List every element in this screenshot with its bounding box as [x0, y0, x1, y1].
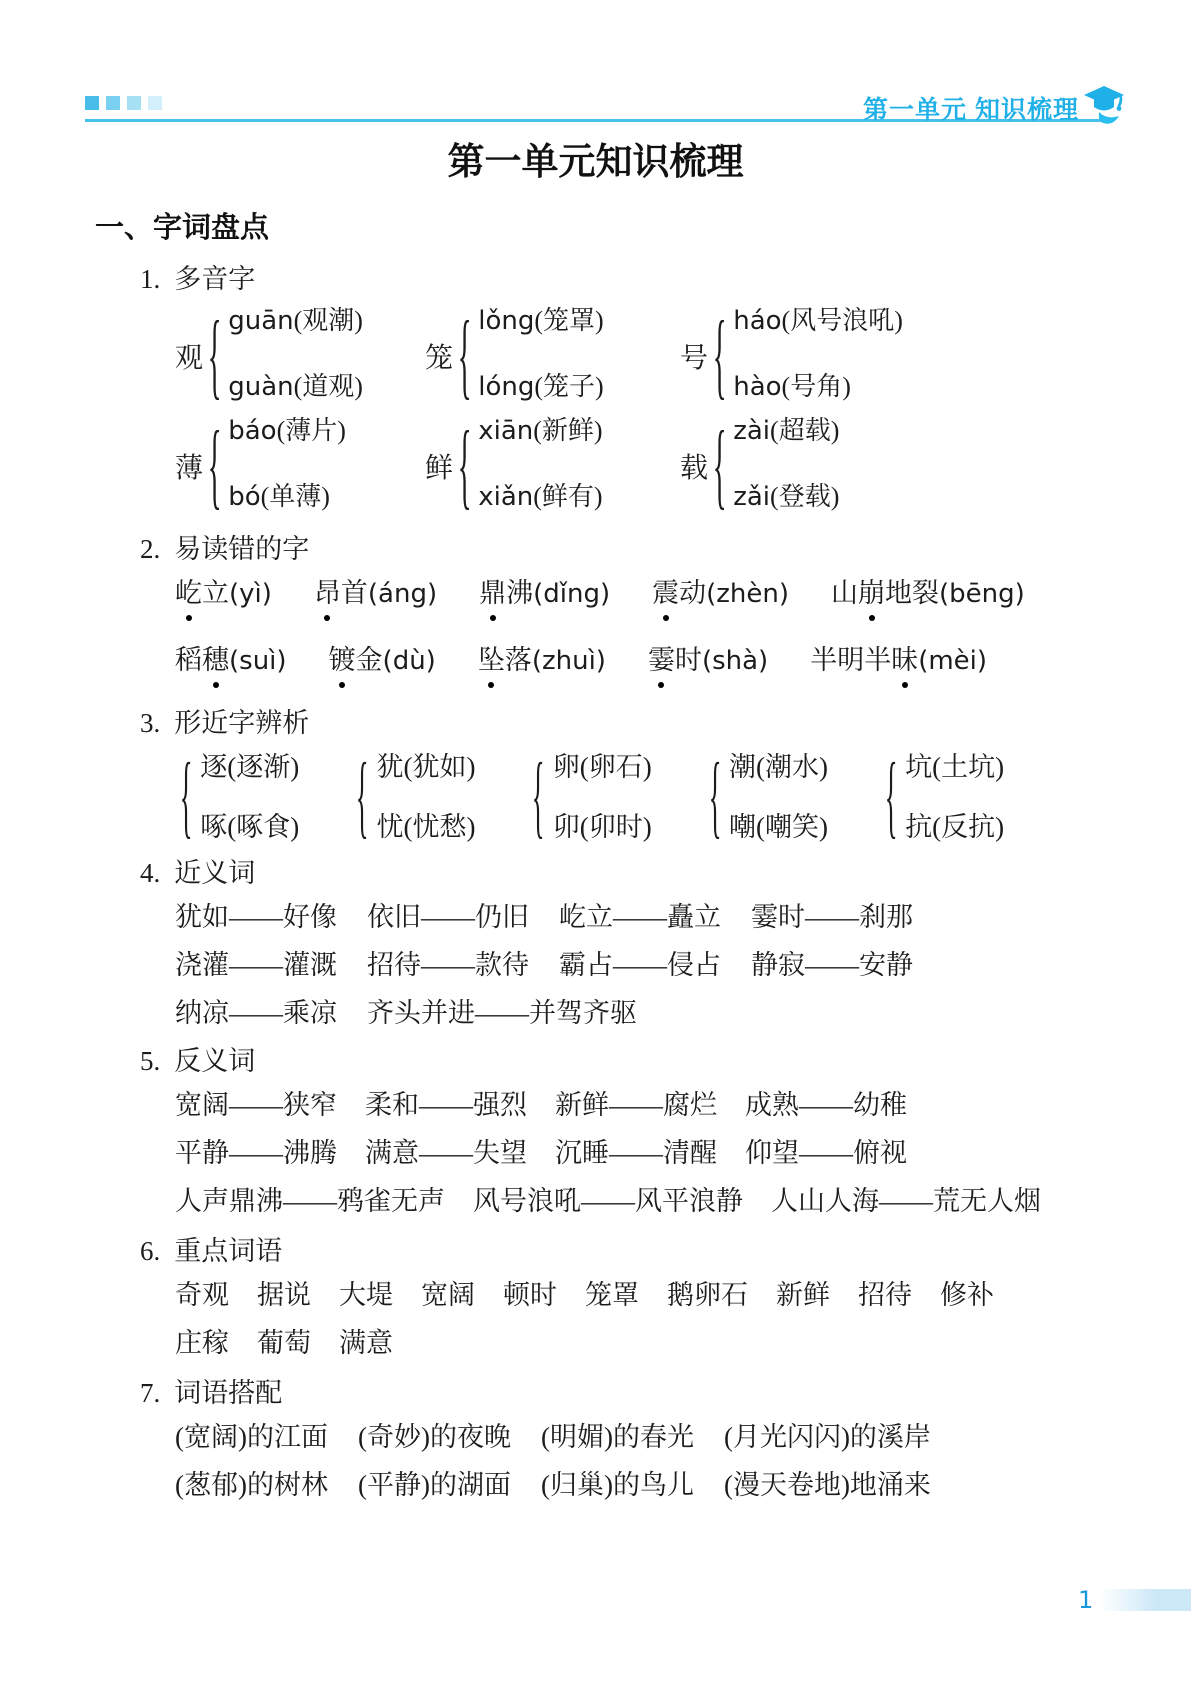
pinyin: lǒng — [478, 306, 534, 336]
item-title: 反义词 — [174, 1046, 255, 1076]
item-heading: 2.易读错的字 — [140, 532, 1105, 566]
misread-term: 屹立(yì) — [175, 576, 272, 611]
keyword: 鹅卵石 — [667, 1278, 748, 1312]
item-title: 形近字辨析 — [174, 708, 309, 738]
item-number: 4. — [140, 856, 160, 890]
keyword: 顿时 — [503, 1278, 557, 1312]
keyword: 庄稼 — [175, 1326, 229, 1360]
left-brace: { — [885, 750, 898, 843]
item-antonyms: 5.反义词 宽阔——狭窄柔和——强烈新鲜——腐烂成熟——幼稚平静——沸腾满意——… — [140, 1044, 1105, 1218]
pinyin: (bēng) — [939, 579, 1025, 609]
synonym-pair: 犹如——好像 — [175, 900, 337, 934]
misread-term: 稻穗(suì) — [175, 643, 287, 678]
similar-row: {逐(逐渐)啄(啄食){犹(犹如)忧(忧愁){卵(卵石)卯(卯时){潮(潮水)嘲… — [175, 750, 1105, 844]
similar-groups: {逐(逐渐)啄(啄食){犹(犹如)忧(忧愁){卵(卵石)卯(卯时){潮(潮水)嘲… — [175, 750, 1105, 844]
polyphone-headword: 薄 — [175, 446, 203, 486]
page-number-bar — [1100, 1589, 1191, 1611]
similar-pair: 逐(逐渐)啄(啄食) — [200, 750, 299, 844]
similar-item: 啄(啄食) — [200, 810, 299, 844]
left-brace: { — [356, 750, 369, 843]
keyword: 招待 — [858, 1278, 912, 1312]
synonym-line: 浇灌——灌溉招待——款待霸占——侵占静寂——安静 — [175, 948, 1105, 982]
similar-item: 抗(反抗) — [905, 810, 1004, 844]
pinyin: guàn — [228, 372, 293, 402]
collocation: (宽阔)的江面 — [175, 1420, 328, 1454]
antonym-line: 人声鼎沸——鸦雀无声风号浪吼——风平浪静人山人海——荒无人烟 — [175, 1184, 1105, 1218]
misread-term: 镀金(dù) — [329, 643, 436, 678]
polyphone-readings: háo(风号浪吼)hào(号角) — [733, 304, 903, 408]
pinyin: (yì) — [229, 579, 272, 609]
collocation: (漫天卷地)地涌来 — [724, 1468, 931, 1502]
antonym-pair: 宽阔——狭窄 — [175, 1088, 337, 1122]
antonym-pair: 新鲜——腐烂 — [555, 1088, 717, 1122]
square-decoration — [106, 96, 120, 110]
polyphone-reading: guān(观潮) — [228, 304, 363, 342]
dotted-character: 崩 — [858, 576, 885, 610]
item-title: 多音字 — [174, 264, 255, 294]
keyword: 宽阔 — [421, 1278, 475, 1312]
keyword-line: 奇观据说大堤宽阔顿时笼罩鹅卵石新鲜招待修补 — [175, 1278, 1105, 1312]
square-decoration — [85, 96, 99, 110]
character: 动 — [679, 576, 706, 610]
character: 地 — [885, 576, 912, 610]
example-word: (新鲜) — [533, 416, 602, 445]
collocation: (奇妙)的夜晚 — [358, 1420, 511, 1454]
item-keywords: 6.重点词语 奇观据说大堤宽阔顿时笼罩鹅卵石新鲜招待修补庄稼葡萄满意 — [140, 1234, 1105, 1360]
header-squares-decoration — [85, 96, 162, 110]
item-heading: 3.形近字辨析 — [140, 706, 1105, 740]
item-number: 1. — [140, 262, 160, 296]
polyphone-headword: 观 — [175, 336, 203, 376]
example-word: (薄片) — [277, 416, 346, 445]
polyphone-readings: báo(薄片)bó(单薄) — [228, 414, 346, 518]
similar-pair: 潮(潮水)嘲(嘲笑) — [729, 750, 828, 844]
left-brace: { — [708, 750, 721, 843]
synonym-pair: 霸占——侵占 — [559, 948, 721, 982]
pinyin: guān — [228, 306, 293, 336]
keyword: 奇观 — [175, 1278, 229, 1312]
pinyin: báo — [228, 416, 276, 446]
character: 时 — [675, 643, 702, 677]
example-word: (号角) — [782, 372, 851, 401]
item-title: 重点词语 — [174, 1236, 282, 1266]
misread-term: 山崩地裂(bēng) — [831, 576, 1025, 611]
misread-line: 稻穗(suì)镀金(dù)坠落(zhuì)霎时(shà)半明半昧(mèi) — [175, 643, 1105, 694]
item-number: 7. — [140, 1376, 160, 1410]
polyphone-group: 鲜{xiān(新鲜)xiǎn(鲜有) — [425, 414, 680, 518]
polyphone-reading: báo(薄片) — [228, 414, 346, 452]
left-brace: { — [713, 308, 727, 404]
synonym-pair: 浇灌——灌溉 — [175, 948, 337, 982]
dotted-character: 昂 — [314, 576, 341, 610]
similar-pair: 犹(犹如)忧(忧愁) — [376, 750, 475, 844]
synonym-pair: 招待——款待 — [367, 948, 529, 982]
antonym-pair: 成熟——幼稚 — [745, 1088, 907, 1122]
pinyin: (zhèn) — [706, 579, 789, 609]
item-polyphones: 1.多音字 观{guān(观潮)guàn(道观)笼{lǒng(笼罩)lóng(笼… — [140, 262, 1105, 518]
similar-item: 逐(逐渐) — [200, 750, 299, 784]
keyword-lines: 奇观据说大堤宽阔顿时笼罩鹅卵石新鲜招待修补庄稼葡萄满意 — [175, 1278, 1105, 1360]
item-number: 6. — [140, 1234, 160, 1268]
similar-item: 犹(犹如) — [376, 750, 475, 784]
pinyin: zài — [733, 416, 770, 446]
example-word: (风号浪吼) — [782, 306, 903, 335]
pinyin: xiǎn — [478, 482, 533, 512]
pinyin: háo — [733, 306, 781, 336]
misread-line: 屹立(yì)昂首(áng)鼎沸(dǐng)震动(zhèn)山崩地裂(bēng) — [175, 576, 1105, 627]
polyphone-group: 载{zài(超载)zǎi(登载) — [680, 414, 839, 518]
item-misread: 2.易读错的字 屹立(yì)昂首(áng)鼎沸(dǐng)震动(zhèn)山崩地… — [140, 532, 1105, 694]
polyphone-group: 号{háo(风号浪吼)hào(号角) — [680, 304, 903, 408]
pinyin: bó — [228, 482, 260, 512]
collocation-lines: (宽阔)的江面(奇妙)的夜晚(明媚)的春光(月光闪闪)的溪岸(葱郁)的树林(平静… — [175, 1420, 1105, 1502]
polyphone-reading: xiǎn(鲜有) — [478, 480, 602, 518]
pinyin: (dù) — [383, 646, 436, 676]
character: 裂 — [912, 576, 939, 610]
collocation: (葱郁)的树林 — [175, 1468, 328, 1502]
collocation: (归巢)的鸟儿 — [541, 1468, 694, 1502]
keyword: 修补 — [940, 1278, 994, 1312]
polyphone-readings: lǒng(笼罩)lóng(笼子) — [478, 304, 603, 408]
dotted-character: 屹 — [175, 576, 202, 610]
misread-term: 震动(zhèn) — [652, 576, 789, 611]
antonym-pair: 满意——失望 — [365, 1136, 527, 1170]
similar-item: 卵(卵石) — [553, 750, 652, 784]
page-number: 1 — [1078, 1586, 1093, 1614]
antonym-pair: 人声鼎沸——鸦雀无声 — [175, 1184, 445, 1218]
pinyin: (shà) — [702, 646, 768, 676]
misread-term: 昂首(áng) — [314, 576, 437, 611]
polyphone-reading: háo(风号浪吼) — [733, 304, 903, 342]
character: 立 — [202, 576, 229, 610]
polyphone-reading: zǎi(登载) — [733, 480, 839, 518]
misread-term: 鼎沸(dǐng) — [479, 576, 610, 611]
graduation-cap-icon — [1081, 82, 1127, 128]
item-title: 近义词 — [174, 858, 255, 888]
polyphone-row: 观{guān(观潮)guàn(道观)笼{lǒng(笼罩)lóng(笼子)号{há… — [175, 304, 1105, 408]
pinyin: (mèi) — [918, 646, 987, 676]
polyphone-reading: bó(单薄) — [228, 480, 346, 518]
example-word: (鲜有) — [533, 482, 602, 511]
polyphone-rows: 观{guān(观潮)guàn(道观)笼{lǒng(笼罩)lóng(笼子)号{há… — [175, 304, 1105, 518]
misread-lines: 屹立(yì)昂首(áng)鼎沸(dǐng)震动(zhèn)山崩地裂(bēng)稻… — [175, 576, 1105, 694]
item-heading: 4.近义词 — [140, 856, 1105, 890]
similar-pair: 坑(土坑)抗(反抗) — [905, 750, 1004, 844]
collocation: (平静)的湖面 — [358, 1468, 511, 1502]
similar-group: {潮(潮水)嘲(嘲笑) — [704, 750, 828, 844]
synonym-pair: 纳凉——乘凉 — [175, 996, 337, 1030]
antonym-pair: 仰望——俯视 — [745, 1136, 907, 1170]
pinyin: hào — [733, 372, 781, 402]
similar-item: 忧(忧愁) — [376, 810, 475, 844]
item-number: 3. — [140, 706, 160, 740]
character: 半 — [810, 643, 837, 677]
polyphone-headword: 鲜 — [425, 446, 453, 486]
character: 落 — [505, 643, 532, 677]
antonym-lines: 宽阔——狭窄柔和——强烈新鲜——腐烂成熟——幼稚平静——沸腾满意——失望沉睡——… — [175, 1088, 1105, 1218]
keyword: 大堤 — [339, 1278, 393, 1312]
example-word: (登载) — [770, 482, 839, 511]
pinyin: (zhuì) — [532, 646, 606, 676]
example-word: (笼子) — [534, 372, 603, 401]
left-brace: { — [180, 750, 193, 843]
example-word: (观潮) — [294, 306, 363, 335]
misread-term: 半明半昧(mèi) — [810, 643, 987, 678]
example-word: (单薄) — [261, 482, 330, 511]
keyword: 葡萄 — [257, 1326, 311, 1360]
polyphone-readings: guān(观潮)guàn(道观) — [228, 304, 363, 408]
item-collocations: 7.词语搭配 (宽阔)的江面(奇妙)的夜晚(明媚)的春光(月光闪闪)的溪岸(葱郁… — [140, 1376, 1105, 1502]
item-heading: 1.多音字 — [140, 262, 1105, 296]
left-brace: { — [208, 308, 222, 404]
polyphone-reading: guàn(道观) — [228, 370, 363, 408]
pinyin: zǎi — [733, 482, 770, 512]
collocation-line: (葱郁)的树林(平静)的湖面(归巢)的鸟儿(漫天卷地)地涌来 — [175, 1468, 1105, 1502]
polyphone-group: 笼{lǒng(笼罩)lóng(笼子) — [425, 304, 680, 408]
misread-term: 坠落(zhuì) — [478, 643, 606, 678]
keyword: 笼罩 — [585, 1278, 639, 1312]
polyphone-headword: 笼 — [425, 336, 453, 376]
synonym-pair: 依旧——仍旧 — [367, 900, 529, 934]
left-brace: { — [458, 418, 472, 514]
polyphone-reading: lóng(笼子) — [478, 370, 603, 408]
character: 明 — [837, 643, 864, 677]
polyphone-reading: hào(号角) — [733, 370, 903, 408]
workbook-page: 第一单元 知识梳理 第一单元知识梳理 一、字词盘点 1.多音字 观{guān(观… — [0, 0, 1191, 1684]
polyphone-headword: 号 — [680, 336, 708, 376]
synonym-pair: 屹立——矗立 — [559, 900, 721, 934]
pinyin: lóng — [478, 372, 534, 402]
keyword: 满意 — [339, 1326, 393, 1360]
item-synonyms: 4.近义词 犹如——好像依旧——仍旧屹立——矗立霎时——刹那浇灌——灌溉招待——… — [140, 856, 1105, 1030]
left-brace: { — [713, 418, 727, 514]
dotted-character: 穗 — [202, 643, 229, 677]
polyphone-readings: xiān(新鲜)xiǎn(鲜有) — [478, 414, 602, 518]
similar-item: 坑(土坑) — [905, 750, 1004, 784]
polyphone-reading: lǒng(笼罩) — [478, 304, 603, 342]
example-word: (笼罩) — [534, 306, 603, 335]
character: 金 — [356, 643, 383, 677]
polyphone-reading: zài(超载) — [733, 414, 839, 452]
collocation: (月光闪闪)的溪岸 — [724, 1420, 931, 1454]
antonym-line: 宽阔——狭窄柔和——强烈新鲜——腐烂成熟——幼稚 — [175, 1088, 1105, 1122]
dotted-character: 鼎 — [479, 576, 506, 610]
item-heading: 6.重点词语 — [140, 1234, 1105, 1268]
pinyin: (dǐng) — [533, 579, 610, 609]
antonym-pair: 平静——沸腾 — [175, 1136, 337, 1170]
left-brace: { — [532, 750, 545, 843]
item-title: 词语搭配 — [174, 1378, 282, 1408]
synonym-pair: 霎时——刹那 — [751, 900, 913, 934]
dotted-character: 霎 — [648, 643, 675, 677]
similar-group: {犹(犹如)忧(忧愁) — [351, 750, 475, 844]
collocation: (明媚)的春光 — [541, 1420, 694, 1454]
keyword: 新鲜 — [776, 1278, 830, 1312]
keyword-line: 庄稼葡萄满意 — [175, 1326, 1105, 1360]
character: 稻 — [175, 643, 202, 677]
item-number: 5. — [140, 1044, 160, 1078]
pinyin: xiān — [478, 416, 533, 446]
polyphone-headword: 载 — [680, 446, 708, 486]
synonym-pair: 静寂——安静 — [751, 948, 913, 982]
example-word: (超载) — [770, 416, 839, 445]
item-title: 易读错的字 — [174, 534, 309, 564]
dotted-character: 坠 — [478, 643, 505, 677]
item-number: 2. — [140, 532, 160, 566]
similar-group: {坑(土坑)抗(反抗) — [880, 750, 1004, 844]
character: 山 — [831, 576, 858, 610]
synonym-line: 纳凉——乘凉齐头并进——并驾齐驱 — [175, 996, 1105, 1030]
polyphone-readings: zài(超载)zǎi(登载) — [733, 414, 839, 518]
character: 首 — [341, 576, 368, 610]
item-heading: 7.词语搭配 — [140, 1376, 1105, 1410]
pinyin: (suì) — [229, 646, 287, 676]
synonym-line: 犹如——好像依旧——仍旧屹立——矗立霎时——刹那 — [175, 900, 1105, 934]
polyphone-row: 薄{báo(薄片)bó(单薄)鲜{xiān(新鲜)xiǎn(鲜有)载{zài(超… — [175, 414, 1105, 518]
left-brace: { — [458, 308, 472, 404]
similar-group: {卵(卵石)卯(卯时) — [527, 750, 651, 844]
antonym-pair: 人山人海——荒无人烟 — [771, 1184, 1041, 1218]
synonym-pair: 齐头并进——并驾齐驱 — [367, 996, 637, 1030]
synonym-lines: 犹如——好像依旧——仍旧屹立——矗立霎时——刹那浇灌——灌溉招待——款待霸占——… — [175, 900, 1105, 1030]
square-decoration — [127, 96, 141, 110]
content-area: 一、字词盘点 1.多音字 观{guān(观潮)guàn(道观)笼{lǒng(笼罩… — [0, 210, 1191, 1502]
similar-pair: 卵(卵石)卯(卯时) — [553, 750, 652, 844]
dotted-character: 镀 — [329, 643, 356, 677]
section-heading: 一、字词盘点 — [95, 210, 1105, 246]
polyphone-group: 观{guān(观潮)guàn(道观) — [175, 304, 425, 408]
antonym-pair: 沉睡——清醒 — [555, 1136, 717, 1170]
similar-group: {逐(逐渐)啄(啄食) — [175, 750, 299, 844]
example-word: (道观) — [294, 372, 363, 401]
square-decoration — [148, 96, 162, 110]
collocation-line: (宽阔)的江面(奇妙)的夜晚(明媚)的春光(月光闪闪)的溪岸 — [175, 1420, 1105, 1454]
header-unit-label-wrap: 第一单元 知识梳理 — [863, 82, 1127, 134]
antonym-pair: 柔和——强烈 — [365, 1088, 527, 1122]
polyphone-reading: xiān(新鲜) — [478, 414, 602, 452]
antonym-pair: 风号浪吼——风平浪静 — [473, 1184, 743, 1218]
left-brace: { — [208, 418, 222, 514]
character: 沸 — [506, 576, 533, 610]
keyword: 据说 — [257, 1278, 311, 1312]
dotted-character: 昧 — [891, 643, 918, 677]
pinyin: (áng) — [368, 579, 437, 609]
polyphone-group: 薄{báo(薄片)bó(单薄) — [175, 414, 425, 518]
header-unit-label: 第一单元 知识梳理 — [863, 90, 1079, 126]
antonym-line: 平静——沸腾满意——失望沉睡——清醒仰望——俯视 — [175, 1136, 1105, 1170]
misread-term: 霎时(shà) — [648, 643, 768, 678]
dotted-character: 震 — [652, 576, 679, 610]
item-heading: 5.反义词 — [140, 1044, 1105, 1078]
similar-item: 潮(潮水) — [729, 750, 828, 784]
page-footer: 1 — [0, 1586, 1191, 1616]
similar-item: 嘲(嘲笑) — [729, 810, 828, 844]
item-similar: 3.形近字辨析 {逐(逐渐)啄(啄食){犹(犹如)忧(忧愁){卵(卵石)卯(卯时… — [140, 706, 1105, 844]
similar-item: 卯(卯时) — [553, 810, 652, 844]
character: 半 — [864, 643, 891, 677]
